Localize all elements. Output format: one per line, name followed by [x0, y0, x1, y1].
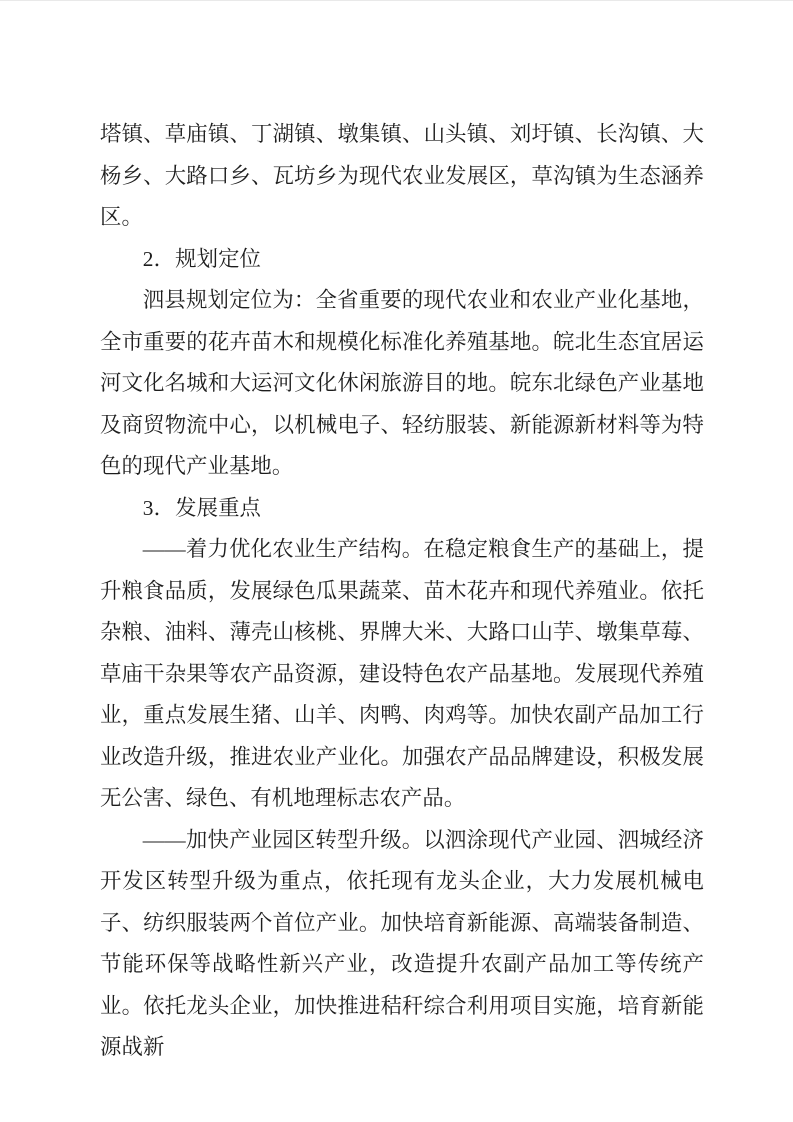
paragraph-numbered-heading: 2．规划定位: [100, 239, 704, 281]
paragraph-body: 泗县规划定位为：全省重要的现代农业和农业产业化基地，全市重要的花卉苗木和规模化标…: [100, 280, 704, 488]
paragraph-numbered-heading: 3．发展重点: [100, 488, 704, 530]
document-body: 塔镇、草庙镇、丁湖镇、墩集镇、山头镇、刘圩镇、长沟镇、大杨乡、大路口乡、瓦坊乡为…: [100, 114, 704, 1069]
paragraph-body: ——着力优化农业生产结构。在稳定粮食生产的基础上，提升粮食品质，发展绿色瓜果蔬菜…: [100, 529, 704, 820]
paragraph-body-continuation: 塔镇、草庙镇、丁湖镇、墩集镇、山头镇、刘圩镇、长沟镇、大杨乡、大路口乡、瓦坊乡为…: [100, 114, 704, 239]
paragraph-body: ——加快产业园区转型升级。以泗涂现代产业园、泗城经济开发区转型升级为重点，依托现…: [100, 820, 704, 1069]
document-page: 塔镇、草庙镇、丁湖镇、墩集镇、山头镇、刘圩镇、长沟镇、大杨乡、大路口乡、瓦坊乡为…: [0, 0, 793, 1122]
